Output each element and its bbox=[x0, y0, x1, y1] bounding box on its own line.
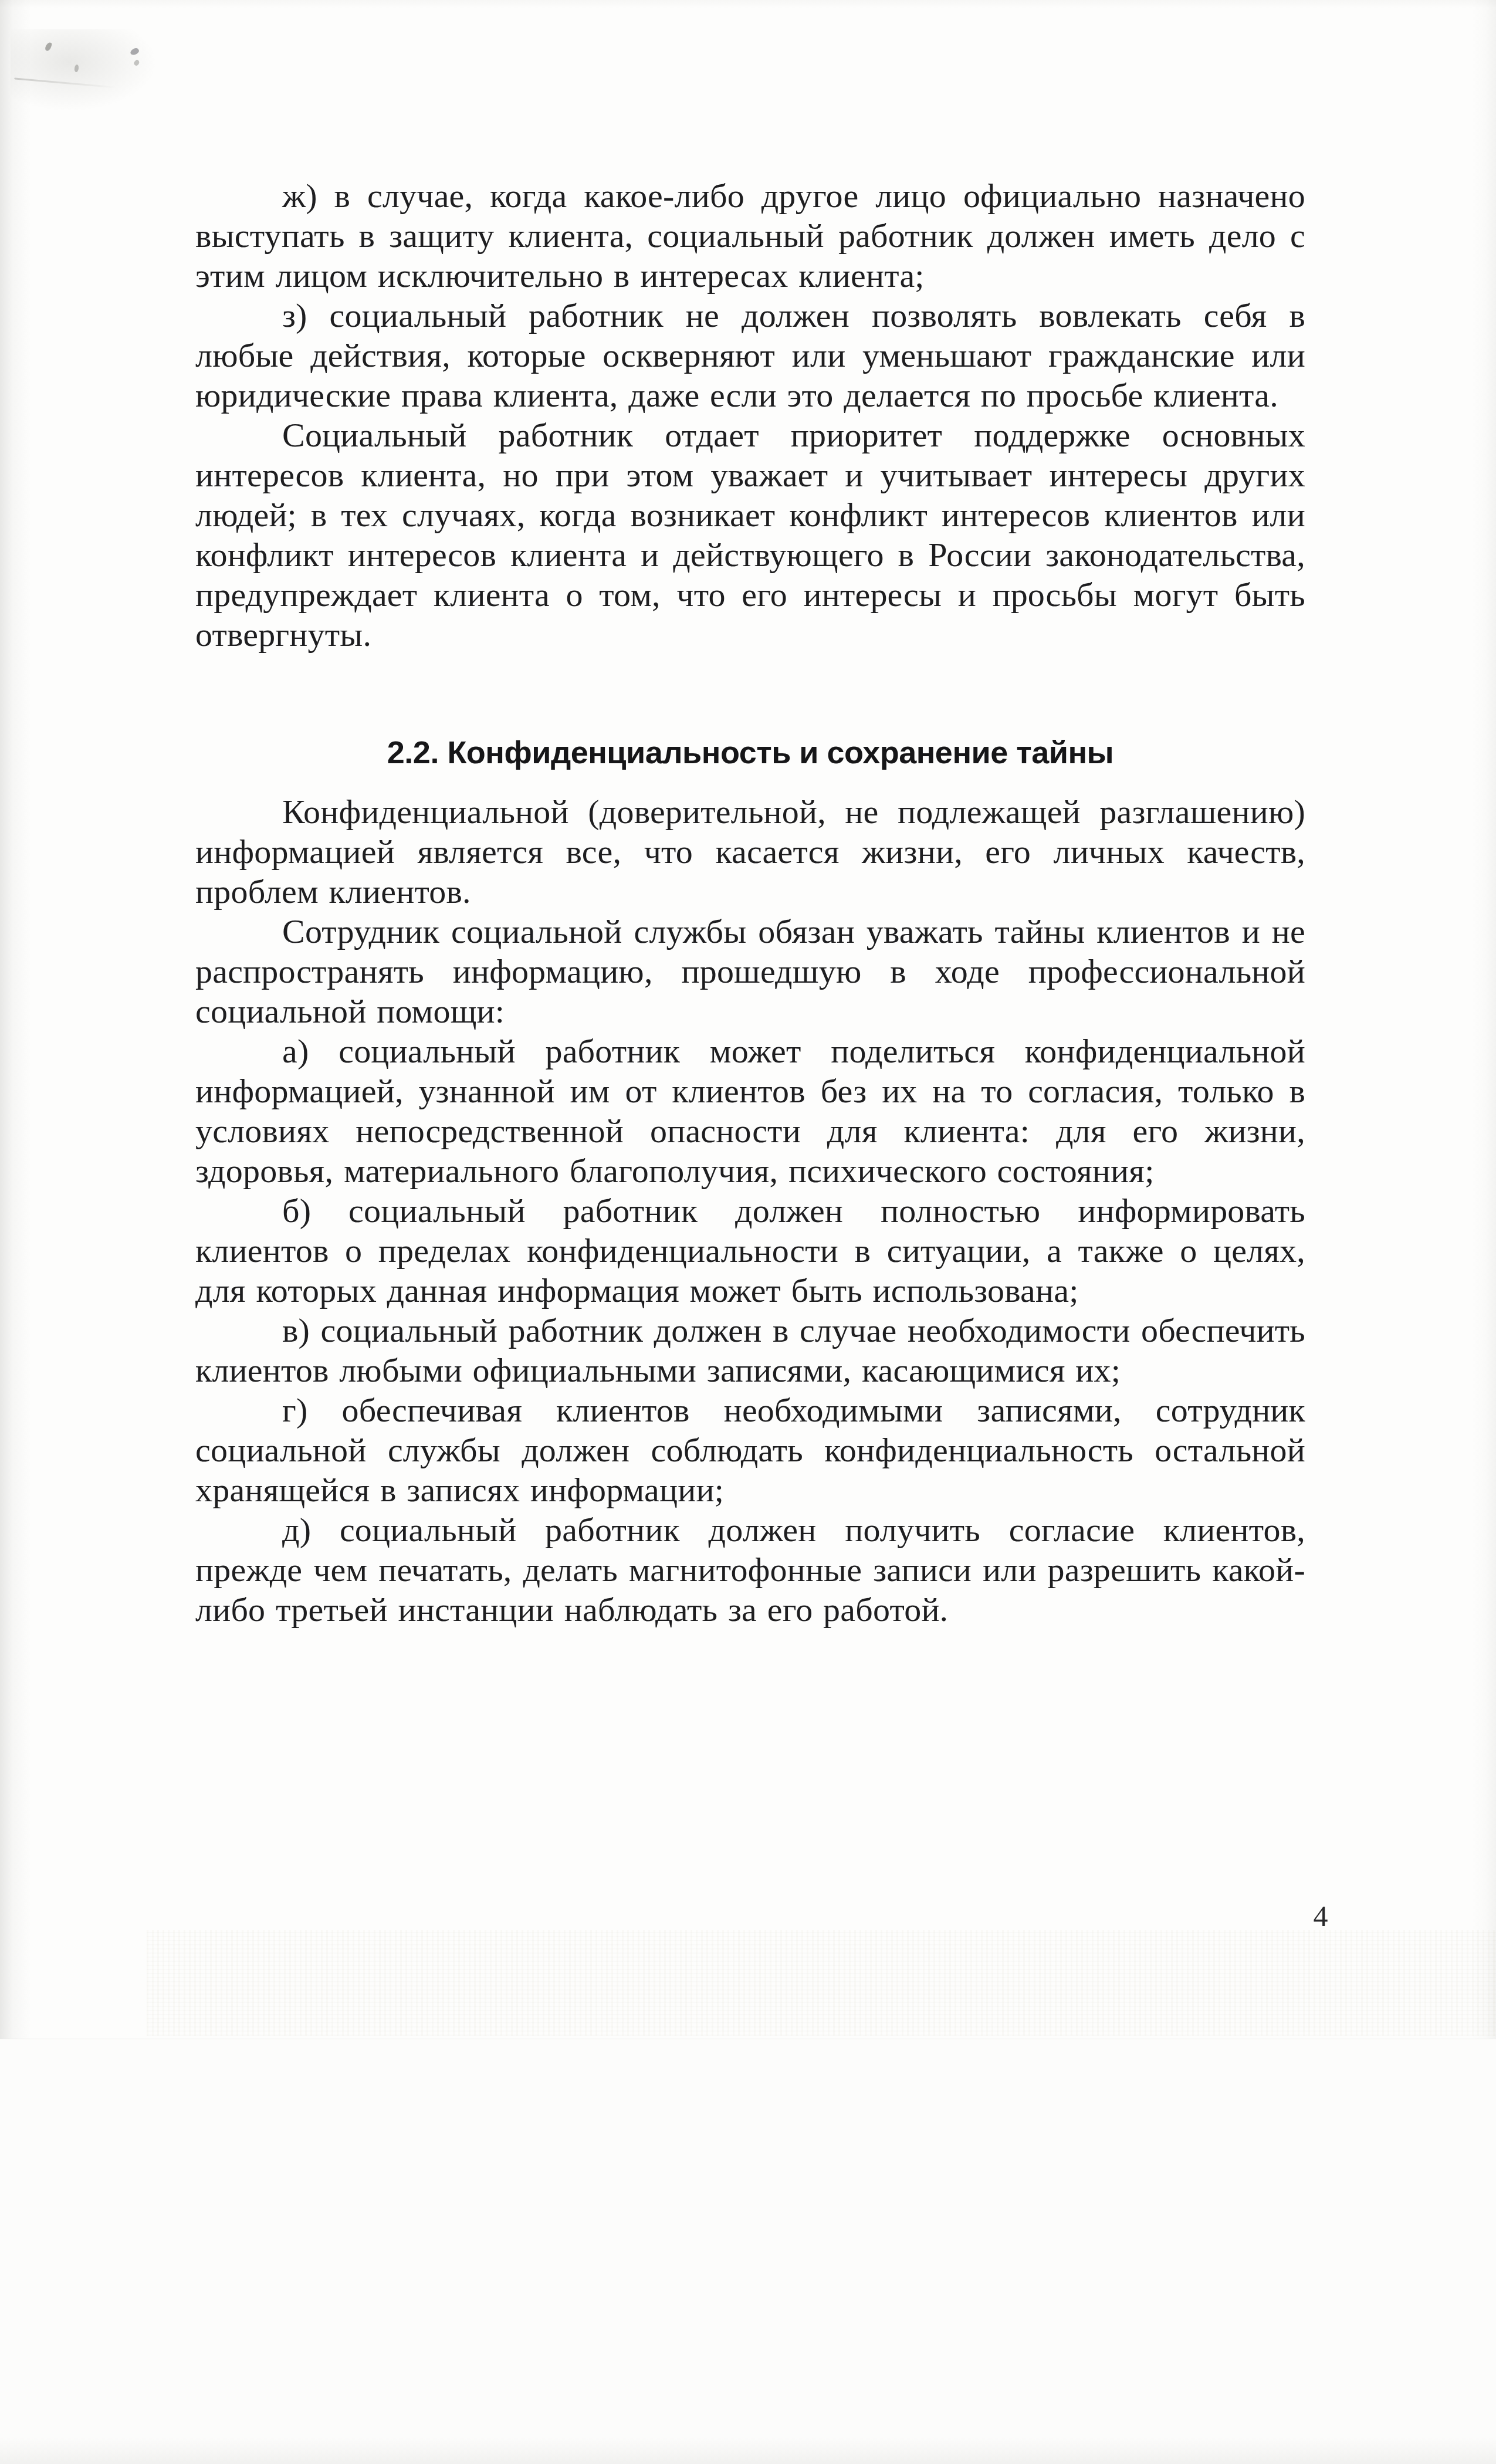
text-block-lower: Конфиденциальной (доверительной, не подл… bbox=[195, 792, 1305, 1630]
paragraph-item-v: в) социальный работник должен в случае н… bbox=[195, 1311, 1305, 1390]
paragraph-priority: Социальный работник отдает приоритет под… bbox=[195, 415, 1305, 655]
scan-noise-band bbox=[147, 1930, 1496, 2036]
paragraph-item-d: д) социальный работник должен получить с… bbox=[195, 1510, 1305, 1630]
screenshot-root: { "document": { "section_heading": "2.2.… bbox=[0, 0, 1496, 2464]
scanner-bed-background bbox=[0, 2039, 1496, 2464]
paragraph-item-zh: ж) в случае, когда какое-либо другое лиц… bbox=[195, 176, 1305, 296]
scanner-bed-bottom-streak bbox=[0, 2438, 1496, 2464]
page-number: 4 bbox=[1294, 1900, 1347, 1932]
paragraph-confidential-def: Конфиденциальной (доверительной, не подл… bbox=[195, 792, 1305, 912]
paragraph-item-a: а) социальный работник может поделиться … bbox=[195, 1031, 1305, 1191]
paragraph-duty: Сотрудник социальной службы обязан уважа… bbox=[195, 912, 1305, 1031]
section-heading: 2.2. Конфиденциальность и сохранение тай… bbox=[195, 735, 1305, 771]
paragraph-item-g: г) обеспечивая клиентов необходимыми зап… bbox=[195, 1390, 1305, 1510]
scanned-page: ж) в случае, когда какое-либо другое лиц… bbox=[0, 0, 1496, 2039]
paragraph-item-z: з) социальный работник не должен позволя… bbox=[195, 296, 1305, 415]
paragraph-item-b: б) социальный работник должен полностью … bbox=[195, 1191, 1305, 1311]
scan-smudge-artifact bbox=[11, 29, 157, 111]
text-block-upper: ж) в случае, когда какое-либо другое лиц… bbox=[195, 176, 1305, 655]
